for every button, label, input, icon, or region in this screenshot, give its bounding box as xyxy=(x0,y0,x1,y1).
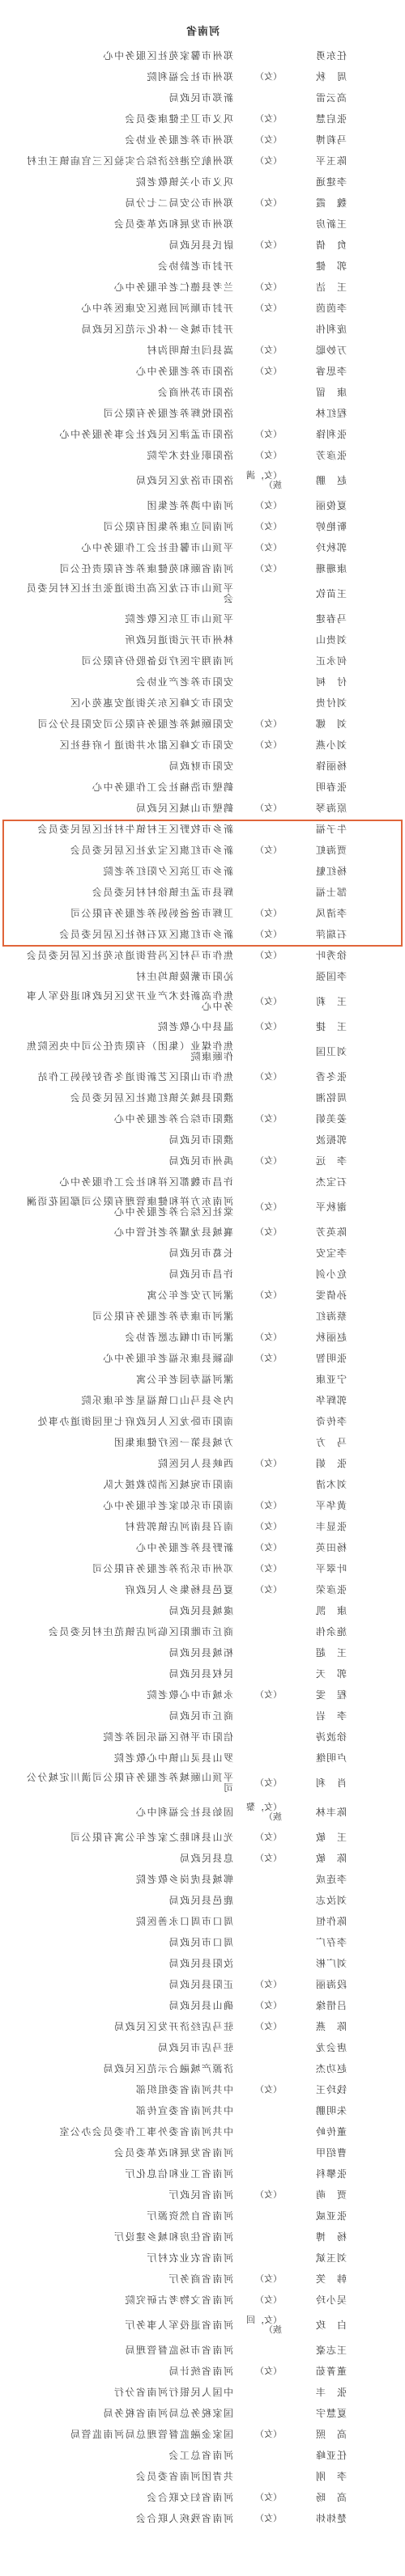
organization: 鹤壁市浩楠社会工作服务中心 xyxy=(23,782,233,793)
list-item: 李茵茵 （女） 开封市顺河回族区安康医养中心 xyxy=(0,298,405,319)
organization: 南阳市宛城区消防救援大队 xyxy=(23,1480,233,1490)
organization: 鹤壁市山城区民政局 xyxy=(23,803,233,814)
person-name: 叶翠平 xyxy=(305,1564,347,1574)
organization: 国家税务总局河南省税务局 xyxy=(23,2409,233,2419)
gender-ethnicity-note: （女） xyxy=(241,303,282,313)
list-item: 石宝杰 许昌市魏都区祥和社会工作服务中心 xyxy=(0,1171,405,1193)
organization: 洛阳悦辉养老服务有限公司 xyxy=(23,409,233,419)
gender-ethnicity-note: （女） xyxy=(241,2001,282,2010)
person-name: 高 照 xyxy=(305,2430,347,2440)
person-name: 付 柯 xyxy=(305,677,347,688)
person-name: 马莉博 xyxy=(305,135,347,146)
organization: 郑州市养老服务业协会 xyxy=(23,135,233,146)
list-item: 高 照 （女） 国家金融监督管理总局河南监管局 xyxy=(0,2424,405,2445)
person-name: 刘贵山 xyxy=(305,635,347,646)
gender-ethnicity-note: （女，满族） xyxy=(241,471,282,490)
person-name: 刘付贵 xyxy=(305,698,347,709)
person-name: 马春建 xyxy=(305,614,347,625)
person-name: 韩 笑 xyxy=(305,2274,347,2285)
person-name: 赵丽秋 xyxy=(305,1332,347,1343)
gender-ethnicity-note: （女） xyxy=(241,1832,282,1842)
organization: 濮阳县城关镇红旗社区居民委员会 xyxy=(23,1093,233,1104)
list-item: 张攀科 河南省工业和信息化厅 xyxy=(0,2163,405,2184)
organization: 河南省民政厅 xyxy=(23,2190,233,2201)
person-name: 魏 霞 xyxy=(305,198,347,209)
person-name: 任东勇 xyxy=(305,51,347,61)
gender-ethnicity-note: （女） xyxy=(241,1156,282,1166)
list-item: 李连成 郸城县虎岗乡敬老院 xyxy=(0,1869,405,1890)
list-item: 原海琴 （女） 鹤壁市山城区民政局 xyxy=(0,798,405,819)
list-item: 石瑞萍 （女） 新乡市红旗区双石桥社区居民委员会 xyxy=(0,924,405,945)
organization: 河南省总工会 xyxy=(23,2451,233,2461)
gender-ethnicity-note: （女） xyxy=(241,501,282,511)
person-name: 陈 燕 xyxy=(305,2022,347,2032)
person-name: 李 刚 xyxy=(305,2472,347,2482)
person-name: 贠 倩 xyxy=(305,240,347,251)
list-item: 付 柯 安阳市养老产业协会 xyxy=(0,672,405,693)
list-item: 李 岩 商丘市民政局 xyxy=(0,1705,405,1727)
person-name: 王志豪 xyxy=(305,2345,347,2356)
person-name: 任亚峰 xyxy=(305,2451,347,2461)
gender-ethnicity-note: （女） xyxy=(241,803,282,813)
organization: 中共河南省委宣传部 xyxy=(23,2106,233,2116)
organization: 永城市中心敬老院 xyxy=(23,1690,233,1701)
person-name: 张亚威 xyxy=(305,2211,347,2222)
gender-ethnicity-note: （女） xyxy=(241,1564,282,1574)
organization: 汝阳县民政局 xyxy=(23,1959,233,1969)
list-item: 贾 萌 （女） 河南省民政厅 xyxy=(0,2184,405,2205)
organization: 柘城县民政局 xyxy=(23,1648,233,1659)
organization: 濮阳市综合养老服务中心 xyxy=(23,1114,233,1125)
person-name: 徐波涛 xyxy=(305,1732,347,1743)
list-item: 王新房 郑州市发展和改革委员会 xyxy=(0,214,405,235)
list-item: 郜士福 辉县市孟庄镇徐村村民委员会 xyxy=(0,882,405,903)
organization: 平顶山市卫东区敬老院 xyxy=(23,614,233,625)
list-item: 程红林 洛阳悦辉养老服务有限公司 xyxy=(0,403,405,424)
person-name: 李 岩 xyxy=(305,1711,347,1722)
list-item: 陈英芳 （女） 襄城县龙耀养老托管中心 xyxy=(0,1222,405,1243)
list-item: 郭辉华 内乡县马山口镇福星老年康乐院 xyxy=(0,1390,405,1411)
organization: 郑州航空港经济综合实验区三官庙镇王庄村 xyxy=(23,156,233,167)
organization: 郑州市社会福利院 xyxy=(23,72,233,83)
person-name: 周 秋 xyxy=(305,72,347,83)
organization: 襄城县龙耀养老托管中心 xyxy=(23,1227,233,1238)
list-item: 赵 鹏 （女，满族） 洛阳市洛龙区民政局 xyxy=(0,466,405,495)
list-item: 王 莉 （女） 焦作高新技术产业开发区民政和退役军人事务中心 xyxy=(0,987,405,1016)
page-title: 河南省 xyxy=(0,23,405,38)
gender-ethnicity-note: （女，黎族） xyxy=(241,1803,282,1822)
list-item: 李 远 （女） 禹州市民政局 xyxy=(0,1150,405,1171)
list-item: 李存广 周口市民政局 xyxy=(0,1932,405,1953)
list-item: 孙倩雯 （女） 漯河万安老年公寓 xyxy=(0,1285,405,1306)
list-item: 楚炜炜 （女） 河南省残疾人联合会 xyxy=(0,2508,405,2529)
person-name: 郜士福 xyxy=(305,888,347,898)
organization: 安阳市财政局 xyxy=(23,761,233,772)
gender-ethnicity-note: （女） xyxy=(241,156,282,166)
organization: 内乡县马山口镇福星老年康乐院 xyxy=(23,1396,233,1406)
person-name: 郭振波 xyxy=(305,1135,347,1146)
list-item: 刘木清 南阳市宛城区消防救援大队 xyxy=(0,1474,405,1495)
person-name: 刘汝志 xyxy=(305,1896,347,1906)
list-item: 靳艳婷 （女） 河南同立康养集团有限公司 xyxy=(0,516,405,537)
list-item: 吕惜缘 （女） 确山县民政局 xyxy=(0,1995,405,2016)
organization: 漯河市康寿养老服务有限公司 xyxy=(23,1311,233,1322)
person-name: 刘玉斌 xyxy=(305,2253,347,2264)
person-name: 张利锋 xyxy=(305,430,347,440)
list-item: 夏慧宇 国家税务总局河南省税务局 xyxy=(0,2403,405,2424)
gender-ethnicity-note: （女） xyxy=(241,2430,282,2439)
organization: 河南省统计局 xyxy=(23,2366,233,2377)
gender-ethnicity-note: （女，回族） xyxy=(241,2315,282,2335)
person-name: 石宝杰 xyxy=(305,1177,347,1188)
organization: 平顶山市石龙区高庄街道张庄社区村民委员会 xyxy=(23,583,233,604)
person-name: 赵功杰 xyxy=(305,2064,347,2074)
person-name: 张 丰 xyxy=(305,2387,347,2398)
person-name: 危小剑 xyxy=(305,1269,347,1280)
person-name: 徐秀叶 xyxy=(305,951,347,961)
list-item: 杨红魁 新乡市卫滨区夕阳红养老院 xyxy=(0,861,405,882)
list-item: 刘小燕 （女） 安阳市文峰区甜水井街道卜府巷社区 xyxy=(0,735,405,756)
list-item: 陈作恒 周口市周口永善医院 xyxy=(0,1911,405,1932)
person-name: 王新房 xyxy=(305,219,347,230)
list-item: 张彦荣 （女） 夏邑县杨集乡人民政府 xyxy=(0,1579,405,1600)
organization: 洛阳市洛龙区民政局 xyxy=(23,476,233,486)
gender-ethnicity-note: （女） xyxy=(241,2085,282,2095)
person-name: 楚炜炜 xyxy=(305,2514,347,2524)
person-name: 董传岭 xyxy=(305,2127,347,2137)
organization: 郑州市公安局二七分局 xyxy=(23,198,233,209)
list-item: 郭 天 民权县民政局 xyxy=(0,1663,405,1684)
person-name: 张启慧 xyxy=(305,114,347,125)
organization: 漯河市巾帼志愿者协会 xyxy=(23,1332,233,1343)
person-name: 王 莉 xyxy=(305,997,347,1007)
organization: 中共河南省委组织部 xyxy=(23,2085,233,2095)
person-name: 庞利伟 xyxy=(305,324,347,335)
gender-ethnicity-note: （女） xyxy=(241,1072,282,1082)
list-item: 卢明继 罗山县灵山镇中心敬老院 xyxy=(0,1748,405,1769)
organization: 中共河南省委外事工作委员会办公室 xyxy=(23,2127,233,2137)
organization: 洛阳职业技术学院 xyxy=(23,451,233,461)
person-name: 白 玫 xyxy=(305,2320,347,2331)
list-item: 王志豪 河南省市场监督管理局 xyxy=(0,2340,405,2361)
organization: 焦作煤业（集团）有限责任公司中央医院焦作颐康院 xyxy=(23,1041,233,1062)
person-name: 刘小燕 xyxy=(305,740,347,751)
list-item: 贠 倩 （女） 尉氏县民政局 xyxy=(0,235,405,256)
organization: 虞城县民政局 xyxy=(23,1606,233,1616)
organization: 河南省颐和苑健康养老有限责任公司 xyxy=(23,564,233,574)
organization: 新乡市红旗区宝龙社区居民委员会 xyxy=(23,845,233,856)
list-item: 李 刚 共青团河南省委员会 xyxy=(0,2466,405,2487)
gender-ethnicity-note: （女） xyxy=(241,1522,282,1532)
organization: 方城县第一医疗健康集团 xyxy=(23,1438,233,1448)
gender-ethnicity-note: （女） xyxy=(241,1114,282,1124)
gender-ethnicity-note: （女） xyxy=(241,543,282,553)
person-name: 郭 天 xyxy=(305,1669,347,1680)
organization: 夏邑县杨集乡人民政府 xyxy=(23,1585,233,1595)
person-name: 陈丰林 xyxy=(305,1807,347,1818)
organization: 河南省妇女联合会 xyxy=(23,2493,233,2503)
person-name: 牛子福 xyxy=(305,824,347,835)
gender-ethnicity-note: （女） xyxy=(241,345,282,355)
list-item: 高云雷 新郑市民政局 xyxy=(0,87,405,108)
organization: 漯河万安老年公寓 xyxy=(23,1290,233,1301)
gender-ethnicity-note: （女） xyxy=(241,1501,282,1510)
person-name: 贾 萌 xyxy=(305,2190,347,2201)
list-item: 张明智 （女） 临颍县康乐福老年服务中心 xyxy=(0,1348,405,1369)
gender-ethnicity-note: （女） xyxy=(241,740,282,750)
list-item: 刘贵山 林州市开元街道民政所 xyxy=(0,629,405,650)
organization: 河南同立康养集团有限公司 xyxy=(23,522,233,532)
gender-ethnicity-note: （女） xyxy=(241,198,282,208)
list-item: 黄华平 （女） 南阳市乐如家老年服务中心 xyxy=(0,1495,405,1516)
person-name: 吕惜缘 xyxy=(305,2001,347,2011)
person-name: 肖 利 xyxy=(305,1778,347,1789)
person-name: 张春明 xyxy=(305,782,347,793)
person-name: 靳艳婷 xyxy=(305,522,347,532)
organization: 焦作高新技术产业开发区民政和退役军人事务中心 xyxy=(23,991,233,1012)
gender-ethnicity-note: （女） xyxy=(241,2190,282,2200)
gender-ethnicity-note: （女） xyxy=(241,951,282,960)
gender-ethnicity-note: （女） xyxy=(241,930,282,939)
person-name: 郭辉华 xyxy=(305,1396,347,1406)
organization: 河南中鸿养老集团 xyxy=(23,501,233,511)
organization: 开封市城乡一体化示范区民政局 xyxy=(23,324,233,335)
organization: 罗山县灵山镇中心敬老院 xyxy=(23,1753,233,1764)
organization: 西峡县人民医院 xyxy=(23,1459,233,1469)
list-item: 董传岭 中共河南省委外事工作委员会办公室 xyxy=(0,2121,405,2142)
gender-ethnicity-note: （女） xyxy=(241,909,282,918)
organization: 辉县市孟庄镇徐村村民委员会 xyxy=(23,888,233,898)
organization: 焦作市山阳区艺新街道冬香好妈妈工作站 xyxy=(23,1072,233,1083)
person-name: 黄华平 xyxy=(305,1501,347,1511)
person-name: 杨丽锋 xyxy=(305,761,347,772)
gender-ethnicity-note: （女） xyxy=(241,522,282,532)
list-item: 刘 娜 （女） 安阳颐城养老服务有限公司安阳县分公司 xyxy=(0,714,405,735)
person-name: 张冬香 xyxy=(305,1072,347,1083)
list-item: 程 雯 （女） 永城市中心敬老院 xyxy=(0,1684,405,1705)
list-item: 吴小玲 （女） 河南省文物考古研究院 xyxy=(0,2290,405,2311)
person-name: 石瑞萍 xyxy=(305,930,347,940)
gender-ethnicity-note: （女） xyxy=(241,1459,282,1468)
person-name: 孙倩雯 xyxy=(305,1290,347,1301)
organization: 安阳市文峰区东关街道安惠苑小区 xyxy=(23,698,233,709)
list-item: 李清凤 （女） 卫辉市爸爸妈妈养老服务有限公司 xyxy=(0,903,405,924)
organization: 洛阳市养老服务中心 xyxy=(23,366,233,377)
gender-ethnicity-note: （女） xyxy=(241,114,282,124)
organization: 周口市周口永善医院 xyxy=(23,1917,233,1927)
person-name: 李连成 xyxy=(305,1875,347,1885)
organization: 卫辉市爸爸妈妈养老服务有限公司 xyxy=(23,909,233,919)
person-name: 张攀科 xyxy=(305,2169,347,2180)
person-name: 康 凯 xyxy=(305,1606,347,1616)
gender-ethnicity-note: （女） xyxy=(241,2295,282,2305)
list-item: 马莉博 （女） 郑州市养老服务业协会 xyxy=(0,129,405,150)
person-name: 万妙聪 xyxy=(305,345,347,356)
organization: 周口市民政局 xyxy=(23,1938,233,1948)
gender-ethnicity-note: （女） xyxy=(241,2366,282,2376)
person-name: 郭秋玲 xyxy=(305,543,347,553)
person-name: 李国强 xyxy=(305,972,347,982)
list-item: 宁亚康 漯河福寿园老年公寓 xyxy=(0,1369,405,1390)
person-name: 张彦荣 xyxy=(305,1585,347,1595)
list-item: 赵丽秋 （女） 漯河市巾帼志愿者协会 xyxy=(0,1327,405,1348)
organization: 郑州市馨家苑社区服务中心 xyxy=(23,51,233,61)
person-name: 张明智 xyxy=(305,1354,347,1364)
list-item: 刘汝志 鹿邑县民政局 xyxy=(0,1890,405,1911)
list-item: 徐秀叶 （女） 焦作市马村区冯营街道东苑社区居民委员会 xyxy=(0,945,405,966)
organization: 开封市老龄协会 xyxy=(23,261,233,272)
person-name: 刘广彬 xyxy=(305,1959,347,1969)
person-name: 王苗钦 xyxy=(305,589,347,600)
list-item: 康珊珊 （女） 河南省颐和苑健康养老有限责任公司 xyxy=(0,558,405,579)
list-item: 夏俊丽 （女） 河南中鸿养老集团 xyxy=(0,495,405,516)
list-item: 马 方 方城县第一医疗健康集团 xyxy=(0,1432,405,1453)
organization: 临颍县康乐福老年服务中心 xyxy=(23,1354,233,1364)
list-item: 魏 霞 （女） 郑州市公安局二七分局 xyxy=(0,193,405,214)
gender-ethnicity-note: （女） xyxy=(241,2022,282,2032)
list-item: 高 旸 （女） 河南省妇女联合会 xyxy=(0,2487,405,2508)
gender-ethnicity-note: （女） xyxy=(241,240,282,250)
list-item: 赵功杰 济源产城融合示范区民政局 xyxy=(0,2058,405,2079)
person-name: 高 旸 xyxy=(305,2493,347,2503)
organization: 洛阳市苏州商会 xyxy=(23,388,233,398)
gender-ethnicity-note: （女） xyxy=(241,1290,282,1300)
person-name: 陈英芳 xyxy=(305,1227,347,1238)
gender-ethnicity-note: （女） xyxy=(241,1854,282,1863)
organization: 固始县社会福利中心 xyxy=(23,1807,233,1818)
list-item: 张显丰 （女） 南召县南河店镇郭营村 xyxy=(0,1516,405,1537)
organization: 国家金融监督管理总局河南监管局 xyxy=(23,2430,233,2440)
organization: 河南省发展和改革委员会 xyxy=(23,2148,233,2159)
list-item: 陈 燕 （女） 驻马店经济开发区民政局 xyxy=(0,2016,405,2037)
organization: 新乡市牧野区王村镇牛村社区居民委员会 xyxy=(23,824,233,835)
person-name: 王 捷 xyxy=(305,1022,347,1032)
list-item: 韩 笑 （女） 河南省商务厅 xyxy=(0,2269,405,2290)
gender-ethnicity-note: （女） xyxy=(241,2514,282,2523)
person-name: 谢秋平 xyxy=(305,1202,347,1213)
gender-ethnicity-note: （女） xyxy=(241,1022,282,1032)
list-item: 刘广彬 汝阳县民政局 xyxy=(0,1953,405,1974)
organization: 南阳市乐如家老年服务中心 xyxy=(23,1501,233,1511)
organization: 南召县南河店镇郭营村 xyxy=(23,1522,233,1532)
list-item: 李建通 巩义市小关镇敬老院 xyxy=(0,172,405,193)
person-name: 蔡海红 xyxy=(305,1311,347,1322)
person-name: 李传奇 xyxy=(305,1417,347,1427)
list-item: 任东勇 郑州市馨家苑社区服务中心 xyxy=(0,45,405,66)
list-item: 朱明鹏 中共河南省委宣传部 xyxy=(0,2100,405,2121)
list-item: 康 留 洛阳市苏州商会 xyxy=(0,382,405,403)
person-name: 康 留 xyxy=(305,388,347,398)
list-item: 李宝安 长葛市民政局 xyxy=(0,1243,405,1264)
organization: 河南省市场监督管理局 xyxy=(23,2345,233,2356)
organization: 中国人民银行河南省分行 xyxy=(23,2387,233,2398)
gender-ethnicity-note: （女） xyxy=(241,1227,282,1237)
person-name: 卢明继 xyxy=(305,1753,347,1764)
person-name: 姜美娟 xyxy=(305,1114,347,1125)
list-item: 徐波涛 信阳市平桥区福乐园养老院 xyxy=(0,1727,405,1748)
list-item: 王 敏 （女） 光山县和睦之家老年公寓有限公司 xyxy=(0,1827,405,1848)
list-item: 何永正 河南翔宇医疗设备股份有限公司 xyxy=(0,650,405,672)
gender-ethnicity-note: （女） xyxy=(241,1980,282,1989)
list-item: 刘玉斌 河南省农业农村厅 xyxy=(0,2248,405,2269)
organization: 河南省文物考古研究院 xyxy=(23,2295,233,2306)
person-name: 杨红魁 xyxy=(305,866,347,877)
organization: 河南省自然资源厅 xyxy=(23,2211,233,2222)
organization: 息县民政局 xyxy=(23,1854,233,1864)
list-item: 张冬香 （女） 焦作市山阳区艺新街道冬香好妈妈工作站 xyxy=(0,1066,405,1087)
list-item: 王苗钦 平顶山市石龙区高庄街道张庄社区村民委员会 xyxy=(0,579,405,608)
organization: 平顶山颐城养老服务有限公司潢川定城分公司 xyxy=(23,1773,233,1794)
organization: 巩义市小关镇敬老院 xyxy=(23,177,233,188)
list-item: 张利锋 （女） 洛阳市孟津区民政社会事务服务中心 xyxy=(0,424,405,445)
person-name: 李建通 xyxy=(305,177,347,188)
person-name: 陈 敏 xyxy=(305,1854,347,1864)
list-item: 郭 健 开封市老龄协会 xyxy=(0,256,405,277)
list-item: 张 丰 中国人民银行河南省分行 xyxy=(0,2382,405,2403)
list-item: 李国强 沁阳市紫陵镇坞庄村 xyxy=(0,966,405,987)
gender-ethnicity-note: （女） xyxy=(241,135,282,145)
organization: 光山县和睦之家老年公寓有限公司 xyxy=(23,1832,233,1843)
person-name: 陈玉平 xyxy=(305,156,347,167)
gender-ethnicity-note: （女） xyxy=(241,1778,282,1788)
list-item: 杨丽锋 安阳市财政局 xyxy=(0,756,405,777)
organization: 安阳市文峰区甜水井街道卜府巷社区 xyxy=(23,740,233,751)
person-name: 张彦芳 xyxy=(305,451,347,461)
organization: 沁阳市紫陵镇坞庄村 xyxy=(23,972,233,982)
document-page: 河南省 任东勇 郑州市馨家苑社区服务中心 周 秋 （女） 郑州市社会福利院 高云… xyxy=(0,0,405,2576)
list-item: 唐会龙 驻马店市民政局 xyxy=(0,2037,405,2058)
person-name: 贾海虹 xyxy=(305,845,347,856)
organization: 民权县民政局 xyxy=(23,1669,233,1680)
list-item: 杨 博 河南省住房和城乡建设厅 xyxy=(0,2226,405,2248)
person-name: 刘木清 xyxy=(305,1480,347,1490)
organization: 安阳颐城养老服务有限公司安阳县分公司 xyxy=(23,719,233,730)
organization: 驻马店市民政局 xyxy=(23,2043,233,2053)
person-name: 李茵茵 xyxy=(305,303,347,314)
organization: 河南东方祥和健康管理有限公司鄢国花语澜棠社区综合养老服务中心 xyxy=(23,1197,233,1218)
organization: 尉氏县民政局 xyxy=(23,240,233,251)
organization: 新野县养老服务中心 xyxy=(23,1543,233,1553)
gender-ethnicity-note: （女） xyxy=(241,1332,282,1342)
organization: 鹿邑县民政局 xyxy=(23,1896,233,1906)
list-item: 姜美娟 （女） 濮阳市综合养老服务中心 xyxy=(0,1108,405,1129)
person-name: 夏慧宇 xyxy=(305,2409,347,2419)
person-name: 何永正 xyxy=(305,656,347,667)
person-name: 马 方 xyxy=(305,1438,347,1448)
person-name: 李存广 xyxy=(305,1938,347,1948)
organization: 洛阳市孟津区民政社会事务服务中心 xyxy=(23,430,233,440)
list-item: 刘付贵 安阳市文峰区东关街道安惠苑小区 xyxy=(0,693,405,714)
person-name: 施余伟 xyxy=(305,1627,347,1638)
list-item: 万妙聪 （女） 嵩县闫庄镇明沟村 xyxy=(0,340,405,361)
gender-ethnicity-note: （女） xyxy=(241,1354,282,1363)
person-name: 王 敏 xyxy=(305,1832,347,1843)
organization: 新郑市民政局 xyxy=(23,93,233,104)
honoree-list: 任东勇 郑州市馨家苑社区服务中心 周 秋 （女） 郑州市社会福利院 高云雷 新郑… xyxy=(0,45,405,2529)
list-item: 李思睿 （女） 洛阳市养老服务中心 xyxy=(0,361,405,382)
list-item: 董菁茹 （女） 河南省统计局 xyxy=(0,2361,405,2382)
organization: 郸城县虎岗乡敬老院 xyxy=(23,1875,233,1885)
gender-ethnicity-note: （女） xyxy=(241,845,282,855)
person-name: 程红林 xyxy=(305,409,347,419)
list-item: 贾海虹 （女） 新乡市红旗区宝龙社区居民委员会 xyxy=(0,840,405,861)
organization: 新乡市红旗区双石桥社区居民委员会 xyxy=(23,930,233,940)
person-name: 董菁茹 xyxy=(305,2366,347,2377)
person-name: 夏俊丽 xyxy=(305,501,347,511)
list-item: 张 娟 （女） 西峡县人民医院 xyxy=(0,1453,405,1474)
organization: 焦作市马村区冯营街道东苑社区居民委员会 xyxy=(23,951,233,961)
list-item: 张彦芳 （女） 洛阳职业技术学院 xyxy=(0,445,405,466)
